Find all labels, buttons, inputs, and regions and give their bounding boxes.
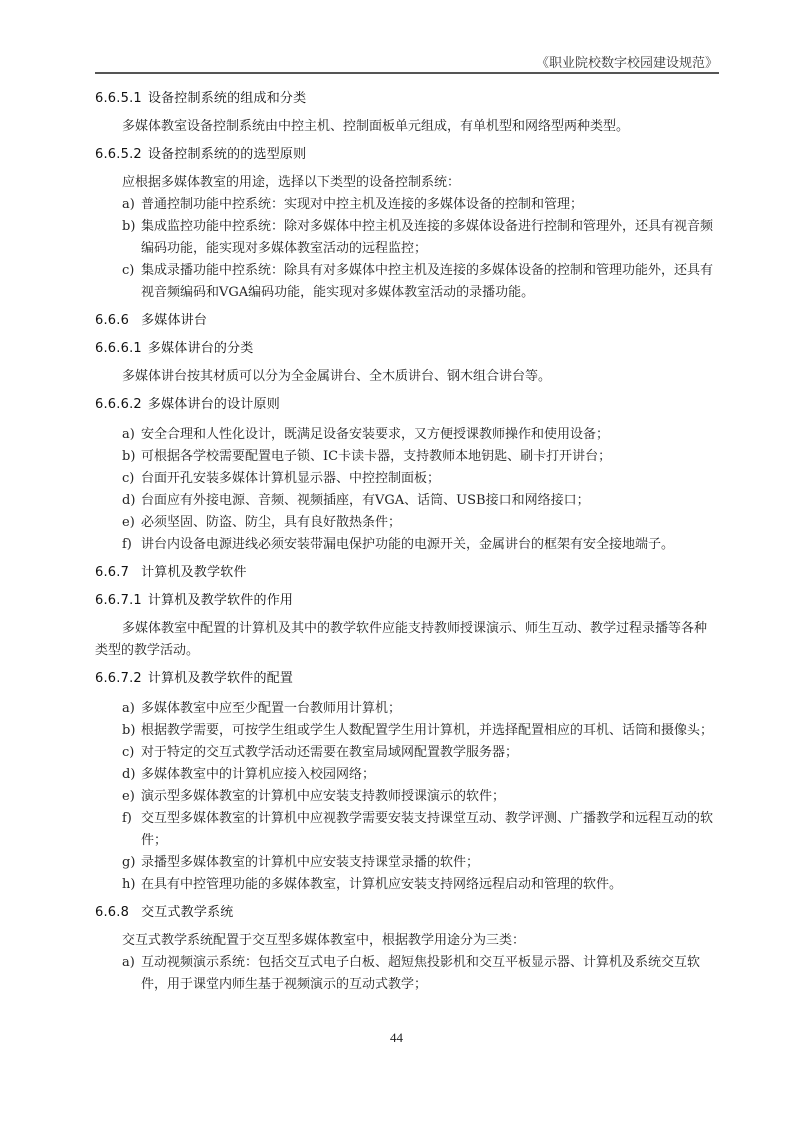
list-marker: c)	[122, 260, 134, 282]
list-item-text: 交互型多媒体教室的计算机中应视教学需要安装支持课堂互动、教学评测、广播教学和远程…	[141, 811, 713, 848]
section-number: 6.6.7.2	[95, 671, 142, 686]
list-item: b)根据教学需要，可按学生组或学生人数配置学生用计算机，并选择配置相应的耳机、话…	[122, 720, 719, 742]
heading-6-6-7: 6.6.7计算机及教学软件	[95, 562, 719, 584]
list-item-text: 在具有中控管理功能的多媒体教室，计算机应安装支持网络远程启动和管理的软件。	[141, 877, 622, 892]
section-title: 设备控制系统的的选型原则	[148, 147, 306, 162]
list-marker: b)	[122, 446, 135, 468]
list-item-text: 根据教学需要，可按学生组或学生人数配置学生用计算机，并选择配置相应的耳机、话筒和…	[141, 723, 713, 738]
list-marker: d)	[122, 764, 135, 786]
section-title: 计算机及教学软件	[141, 565, 247, 580]
section-number: 6.6.7.1	[95, 593, 142, 608]
list-item-text: 互动视频演示系统：包括交互式电子白板、超短焦投影机和交互平板显示器、计算机及系统…	[141, 955, 700, 992]
list-item: h)在具有中控管理功能的多媒体教室，计算机应安装支持网络远程启动和管理的软件。	[122, 874, 719, 896]
section-number: 6.6.6	[95, 313, 129, 328]
list-item-text: 集成录播功能中控系统：除具有对多媒体中控主机及连接的多媒体设备的控制和管理功能外…	[141, 263, 713, 300]
list-item: a)互动视频演示系统：包括交互式电子白板、超短焦投影机和交互平板显示器、计算机及…	[122, 952, 719, 996]
list-item-text: 普通控制功能中控系统：实现对中控主机及连接的多媒体设备的控制和管理；	[141, 197, 583, 212]
list-marker: a)	[122, 698, 135, 720]
list-marker: a)	[122, 194, 135, 216]
list-item: f)交互型多媒体教室的计算机中应视教学需要安装支持课堂互动、教学评测、广播教学和…	[122, 808, 719, 852]
heading-6-6-6-1: 6.6.6.1多媒体讲台的分类	[95, 338, 719, 360]
heading-6-6-8: 6.6.8交互式教学系统	[95, 902, 719, 924]
list-marker: f)	[122, 808, 132, 830]
list-item: d)台面应有外接电源、音频、视频插座，有VGA、话筒、USB接口和网络接口；	[122, 490, 719, 512]
list: a)互动视频演示系统：包括交互式电子白板、超短焦投影机和交互平板显示器、计算机及…	[95, 952, 719, 996]
running-header: 《职业院校数字校园建设规范》	[536, 52, 718, 71]
list-marker: f)	[122, 534, 132, 556]
list-marker: d)	[122, 490, 135, 512]
list-item-text: 演示型多媒体教室的计算机中应安装支持教师授课演示的软件；	[141, 789, 505, 804]
list-marker: c)	[122, 742, 134, 764]
heading-6-6-6-2: 6.6.6.2多媒体讲台的设计原则	[95, 394, 719, 416]
page-number: 44	[0, 1030, 793, 1046]
list-item: b)集成监控功能中控系统：除对多媒体中控主机及连接的多媒体设备进行控制和管理外，…	[122, 216, 719, 260]
list: a)多媒体教室中应至少配置一台教师用计算机； b)根据教学需要，可按学生组或学生…	[95, 698, 719, 896]
paragraph: 多媒体教室中配置的计算机及其中的教学软件应能支持教师授课演示、师生互动、教学过程…	[95, 618, 719, 662]
list-item-text: 集成监控功能中控系统：除对多媒体中控主机及连接的多媒体设备进行控制和管理外，还具…	[141, 219, 713, 256]
list-item: c)台面开孔安装多媒体计算机显示器、中控控制面板；	[122, 468, 719, 490]
list-marker: a)	[122, 424, 135, 446]
section-number: 6.6.6.1	[95, 341, 142, 356]
section-number: 6.6.7	[95, 565, 129, 580]
list-item: f)讲台内设备电源进线必须安装带漏电保护功能的电源开关，金属讲台的框架有安全接地…	[122, 534, 719, 556]
heading-6-6-6: 6.6.6多媒体讲台	[95, 310, 719, 332]
list-marker: b)	[122, 720, 135, 742]
list-item: e)必须坚固、防盗、防尘，具有良好散热条件；	[122, 512, 719, 534]
list: a)安全合理和人性化设计，既满足设备安装要求，又方便授课教师操作和使用设备； b…	[95, 424, 719, 556]
page-content: 6.6.5.1设备控制系统的组成和分类 多媒体教室设备控制系统由中控主机、控制面…	[95, 88, 719, 996]
list-item: d)多媒体教室中的计算机应接入校园网络；	[122, 764, 719, 786]
list-item-text: 多媒体教室中应至少配置一台教师用计算机；	[141, 701, 401, 716]
heading-6-6-7-2: 6.6.7.2计算机及教学软件的配置	[95, 668, 719, 690]
list-item: a)安全合理和人性化设计，既满足设备安装要求，又方便授课教师操作和使用设备；	[122, 424, 719, 446]
list-marker: c)	[122, 468, 134, 490]
list-item-text: 台面开孔安装多媒体计算机显示器、中控控制面板；	[141, 471, 440, 486]
section-number: 6.6.6.2	[95, 397, 142, 412]
heading-6-6-5-1: 6.6.5.1设备控制系统的组成和分类	[95, 88, 719, 110]
list-item: b)可根据各学校需要配置电子锁、IC卡读卡器，支持教师本地钥匙、刷卡打开讲台；	[122, 446, 719, 468]
section-number: 6.6.5.2	[95, 147, 142, 162]
list-item-text: 对于特定的交互式教学活动还需要在教室局域网配置教学服务器；	[141, 745, 518, 760]
list-marker: g)	[122, 852, 135, 874]
list-item-text: 可根据各学校需要配置电子锁、IC卡读卡器，支持教师本地钥匙、刷卡打开讲台；	[141, 449, 611, 464]
section-title: 多媒体讲台的设计原则	[148, 397, 280, 412]
list-item-text: 讲台内设备电源进线必须安装带漏电保护功能的电源开关，金属讲台的框架有安全接地端子…	[141, 537, 674, 552]
list-item: c)集成录播功能中控系统：除具有对多媒体中控主机及连接的多媒体设备的控制和管理功…	[122, 260, 719, 304]
section-title: 计算机及教学软件的配置	[148, 671, 293, 686]
list: a)普通控制功能中控系统：实现对中控主机及连接的多媒体设备的控制和管理； b)集…	[95, 194, 719, 304]
list-item: a)多媒体教室中应至少配置一台教师用计算机；	[122, 698, 719, 720]
list-marker: a)	[122, 952, 135, 974]
section-title: 计算机及教学软件的作用	[148, 593, 293, 608]
heading-6-6-7-1: 6.6.7.1计算机及教学软件的作用	[95, 590, 719, 612]
list-item: c)对于特定的交互式教学活动还需要在教室局域网配置教学服务器；	[122, 742, 719, 764]
list-item-text: 多媒体教室中的计算机应接入校园网络；	[141, 767, 375, 782]
section-title: 设备控制系统的组成和分类	[148, 91, 306, 106]
list-item-text: 录播型多媒体教室的计算机中应安装支持课堂录播的软件；	[141, 855, 479, 870]
heading-6-6-5-2: 6.6.5.2设备控制系统的的选型原则	[95, 144, 719, 166]
paragraph: 多媒体讲台按其材质可以分为全金属讲台、全木质讲台、钢木组合讲台等。	[95, 366, 719, 388]
paragraph: 多媒体教室设备控制系统由中控主机、控制面板单元组成，有单机型和网络型两种类型。	[95, 116, 719, 138]
list-item: e)演示型多媒体教室的计算机中应安装支持教师授课演示的软件；	[122, 786, 719, 808]
section-number: 6.6.5.1	[95, 91, 142, 106]
list-item: g)录播型多媒体教室的计算机中应安装支持课堂录播的软件；	[122, 852, 719, 874]
section-title: 多媒体讲台	[141, 313, 207, 328]
list-item-text: 台面应有外接电源、音频、视频插座，有VGA、话筒、USB接口和网络接口；	[141, 493, 590, 508]
header-rule	[95, 72, 719, 74]
list-marker: b)	[122, 216, 135, 238]
list-item-text: 安全合理和人性化设计，既满足设备安装要求，又方便授课教师操作和使用设备；	[141, 427, 609, 442]
document-page: 《职业院校数字校园建设规范》 6.6.5.1设备控制系统的组成和分类 多媒体教室…	[0, 0, 793, 1122]
list-marker: h)	[122, 874, 135, 896]
paragraph: 应根据多媒体教室的用途，选择以下类型的设备控制系统：	[95, 172, 719, 194]
list-item: a)普通控制功能中控系统：实现对中控主机及连接的多媒体设备的控制和管理；	[122, 194, 719, 216]
paragraph: 交互式教学系统配置于交互型多媒体教室中，根据教学用途分为三类：	[95, 930, 719, 952]
list-marker: e)	[122, 786, 135, 808]
list-item-text: 必须坚固、防盗、防尘，具有良好散热条件；	[141, 515, 401, 530]
section-title: 交互式教学系统	[141, 905, 233, 920]
section-title: 多媒体讲台的分类	[148, 341, 254, 356]
section-number: 6.6.8	[95, 905, 129, 920]
list-marker: e)	[122, 512, 135, 534]
